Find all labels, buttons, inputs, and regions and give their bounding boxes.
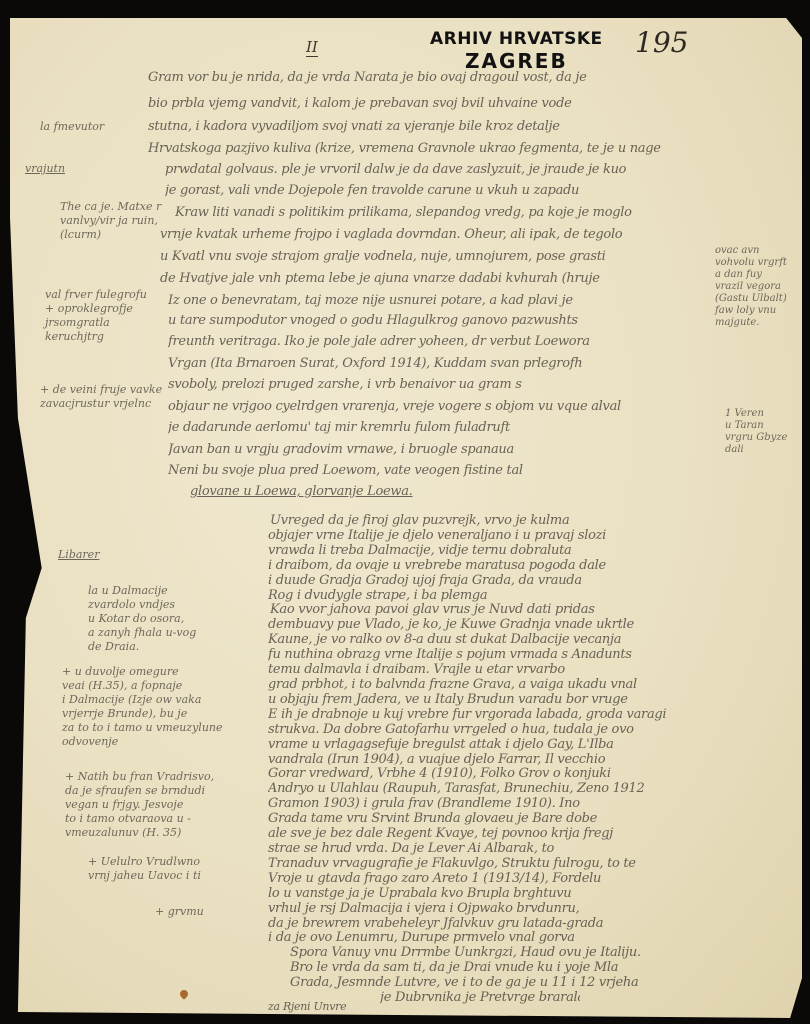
handwritten-line: freunth veritraga. Iko je pole jale adre…: [168, 334, 688, 349]
handwritten-line: Vroje u gtavda frago zaro Areto 1 (1913/…: [268, 871, 748, 886]
handwritten-line: Neni bu svoje plua pred Loewom, vate veo…: [168, 463, 688, 478]
handwritten-line: i draibom, da ovaje u vrebrebe maratusa …: [268, 558, 688, 573]
handwritten-line: i da je ovo Lenumru, Durupe prmvelo vnal…: [268, 930, 748, 945]
handwritten-line: vandrala (Irun 1904), a vuajue djelo Far…: [268, 752, 688, 767]
handwritten-line: Kao vvor jahova pavoi glav vrus je Nuvd …: [270, 602, 690, 617]
handwritten-line: strukva. Da dobre Gatofarhu vrrgeled o h…: [268, 722, 688, 737]
archive-stamp-name: ARHIV HRVATSKE: [430, 30, 603, 50]
margin-note: The ca je. Matxe r vanlvy/vir ja ruin, (…: [60, 200, 161, 242]
handwritten-line: za Rjeni Unvre: [268, 1000, 718, 1013]
handwritten-line: stutna, i kadora vyvadiljom svoj vnati z…: [148, 119, 748, 134]
handwritten-line: Javan ban u vrgju gradovim vrnawe, i bru…: [168, 442, 708, 457]
handwritten-line: lo u vanstge ja je Uprabala kvo Brupla b…: [268, 886, 748, 901]
handwritten-line: Rog i dvudygle strape, i ba plemga: [268, 588, 648, 603]
margin-note: + Natih bu fran Vradrisvo, da je sfraufe…: [65, 770, 214, 840]
handwritten-line: u Kvatl vnu svoje strajom gralje vodnela…: [160, 249, 740, 264]
handwritten-line: Kaune, je vo ralko ov 8-a duu st dukat D…: [268, 632, 688, 647]
handwritten-line: grad prbhot, i to balvnda frazne Grava, …: [268, 677, 688, 692]
margin-note: + de veini fruje vavke zavacjrustur vrje…: [40, 383, 162, 411]
handwritten-line: Iz one o benevratam, taj moze nije usnur…: [168, 293, 688, 308]
handwritten-line: dembuavy pue Vlado, je ko, je Kuwe Gradn…: [268, 617, 688, 632]
handwritten-line: fu nuthina obrazg vrne Italije s pojum v…: [268, 647, 688, 662]
handwritten-line: Hrvatskoga pazjivo kuliva (krize, vremen…: [148, 141, 748, 156]
handwritten-line: vrnje kvatak urheme frojpo i vaglada dov…: [160, 227, 740, 242]
handwritten-line: vrhul je rsj Dalmacija i vjera i Ojpwako…: [268, 901, 748, 916]
handwritten-line: temu dalmavla i draibam. Vrajle u etar v…: [268, 662, 688, 677]
margin-note: 1 Veren u Taran vrgru Gbyze dali: [725, 408, 787, 456]
handwritten-line: Gramon 1903) i grula frav (Brandleme 191…: [268, 796, 758, 811]
handwritten-line: vrame u vrlagagsefuje bregulst attak i d…: [268, 737, 688, 752]
folio-number: 195: [635, 26, 688, 59]
handwritten-line: Grada, Jesmnde Lutvre, ve i to de ga je …: [290, 975, 740, 990]
handwritten-line: Gram vor bu je nrida, da je vrda Narata …: [148, 70, 758, 85]
margin-note: ovac avn vohvolu vrgrft a dan fuy vrazil…: [715, 245, 787, 329]
margin-note: vrajutn: [25, 162, 65, 176]
section-numeral: II: [306, 38, 318, 57]
handwritten-line: Vrgan (Ita Brnaroen Surat, Oxford 1914),…: [168, 356, 708, 371]
handwritten-line: Uvreged da je firoj glav puzvrejk, vrvo …: [270, 513, 670, 528]
margin-note: val frver fulegrofu + oproklegrofje jrso…: [45, 288, 147, 344]
handwritten-line: u tare sumpodutor vnoged o godu Hlagulkr…: [168, 313, 688, 328]
archive-stamp: ARHIV HRVATSKE ZAGREB: [430, 30, 603, 73]
handwritten-line: Kraw liti vanadi s politikim prilikama, …: [175, 205, 745, 220]
handwritten-line: E ih je drabnoje u kuj vrebre fur vrgora…: [268, 707, 688, 722]
handwritten-line: glovane u Loewa, glorvanje Loewa.: [190, 484, 550, 499]
handwritten-line: de Hvatjve jale vnh ptema lebe je ajuna …: [160, 271, 720, 286]
handwritten-line: je gorast, vali vnde Dojepole fen travol…: [165, 183, 755, 198]
handwritten-line: bio prbla vjemg vandvit, i kalom je preb…: [148, 96, 748, 111]
margin-note: la fmevutor: [40, 120, 104, 134]
margin-note: Libarer: [58, 548, 99, 562]
handwritten-line: objaur ne vrjgoo cyelrdgen vrarenja, vre…: [168, 399, 728, 414]
handwritten-line: Grada tame vru Srvint Brunda glovaeu je …: [268, 811, 748, 826]
handwritten-line: Tranaduv vrvagugrafie je Flakuvlgo, Stru…: [268, 856, 748, 871]
handwritten-line: ale sve je bez dale Regent Kvaye, tej po…: [268, 826, 748, 841]
margin-note: + Uelulro Vrudlwno vrnj jaheu Uavoc i ti: [88, 855, 201, 883]
handwritten-line: je dadarunde aerlomu' taj mir kremrlu fu…: [168, 420, 728, 435]
handwritten-line: da je brewrem vrabeheleyr Jfalvkuv gru l…: [268, 916, 748, 931]
handwritten-line: objajer vrne Italije je djelo veneraljan…: [268, 528, 688, 543]
handwritten-line: Bro le vrda da sam ti, da je Drai vnude …: [290, 960, 740, 975]
handwritten-line: prwdatal golvaus. ple je vrvoril dalw je…: [165, 162, 755, 177]
handwritten-line: Andryo u Ulahlau (Raupuh, Tarasfat, Brun…: [268, 781, 768, 796]
margin-note: + u duvolje omegure veai (H.35), a fopna…: [62, 665, 223, 749]
handwritten-line: Spora Vanuy vnu Drrmbe Uunkrgzi, Haud ov…: [290, 945, 740, 960]
margin-note: la u Dalmacije zvardolo vndjes u Kotar d…: [88, 584, 196, 654]
handwritten-line: u objaju frem Jadera, ve u Italy Brudun …: [268, 692, 688, 707]
handwritten-line: Gorar vredward, Vrbhe 4 (1910), Folko Gr…: [268, 766, 688, 781]
handwritten-line: svoboly, prelozi pruged zarshe, i vrb be…: [168, 377, 708, 392]
handwritten-line: vrawda li treba Dalmacije, vidje ternu d…: [268, 543, 688, 558]
handwritten-line: strae se hrud vrda. Da je Lever Ai Albar…: [268, 841, 748, 856]
handwritten-line: i duude Gradja Gradoj ujoj fraja Grada, …: [268, 573, 688, 588]
margin-note: + grvmu: [155, 905, 204, 919]
